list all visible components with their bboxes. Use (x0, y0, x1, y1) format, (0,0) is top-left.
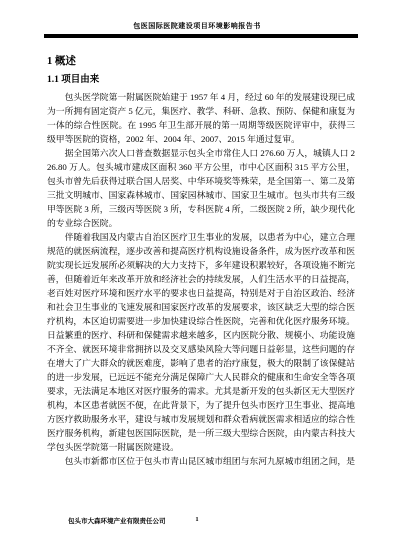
footer-company: 包头市大森环境产业有限责任公司 (68, 516, 166, 525)
report-page: 包医国际医院建设项目环境影响报告书 1 概述 1.1 项目由来 包头医学院第一附… (0, 0, 394, 558)
page-footer: 包头市大森环境产业有限责任公司 1 (0, 516, 394, 528)
section-heading: 1 概述 (47, 52, 355, 70)
header-rule (44, 34, 358, 38)
paragraph-new-district-location: 包头市新都市区位于包头市青山昆区城市组团与东河九原城市组团之间，是 (47, 454, 355, 468)
page-header: 包医国际医院建设项目环境影响报告书 (0, 0, 394, 31)
document-body: 1 概述 1.1 项目由来 包头医学院第一附属医院始建于 1957 年 4 月，… (47, 52, 355, 468)
subsection-heading: 1.1 项目由来 (47, 70, 355, 90)
paragraph-baotou-statistics: 据全国第六次人口普查数据显示包头全市常住人口 276.60 万人，城镇人口 22… (47, 146, 355, 230)
paragraph-hospital-history: 包头医学院第一附属医院始建于 1957 年 4 月，经过 60 年的发展建设现已… (47, 90, 355, 146)
footer-page-number: 1 (195, 516, 198, 523)
report-header-title: 包医国际医院建设项目环境影响报告书 (0, 0, 394, 31)
paragraph-project-background: 伴随着我国及内蒙古自治区医疗卫生事业的发展，以患者为中心，建立合理规范的就医病流… (47, 230, 355, 454)
